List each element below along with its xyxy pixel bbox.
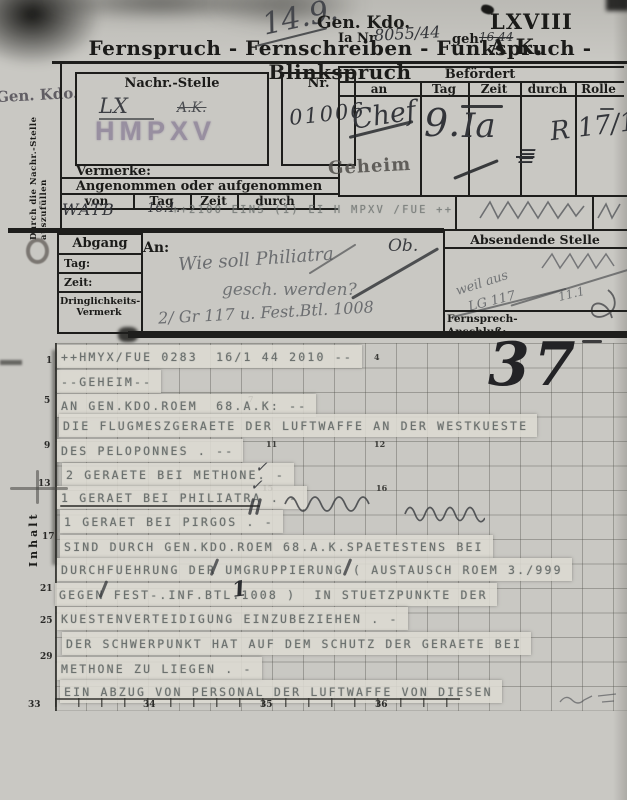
befoerdert-title: Befördert (338, 67, 622, 82)
befoerdert-rolle-value: R 17/1 (548, 107, 627, 147)
bottom-number: 35 (260, 700, 273, 710)
bottom-number: 33 (28, 700, 41, 710)
row-number: 5 (44, 396, 50, 406)
pencil-underline-philiatra (60, 505, 260, 507)
scan-dash-left-edge (0, 360, 22, 365)
befoerdert-durch-value: ≣ (516, 144, 534, 169)
signature-scribble (578, 288, 620, 324)
nachr-stelle-box: Nachr.-Stelle LX A.K. HMPXV (75, 72, 269, 166)
angenommen-von-value: WATB (62, 200, 115, 219)
checkmark-methone: ✓ (255, 458, 268, 476)
nachr-stelle-struck: A.K. (177, 100, 206, 116)
pencil-note-line3: 2/ Gr 117 u. Fest.Btl. 1008 (158, 297, 375, 327)
befoerdert-colhead-underline (338, 95, 624, 97)
telegram-line-text: KUESTENVERTEIDIGUNG EINZUBEZIEHEN . - (61, 612, 399, 626)
title-underline (52, 61, 627, 64)
befoerdert-col-zeit: Zeit (468, 82, 520, 96)
zeit-understroke (453, 159, 499, 180)
telegram-line-text: SIND DURCH GEN.KDO.ROEM 68.A.K.SPAETESTE… (64, 540, 484, 554)
telegram-line: DIE FLUGMESZGERAETE DER LUFTWAFFE AN DER… (59, 414, 537, 437)
befoerdert-v1 (420, 81, 422, 195)
nachr-stelle-label: Nachr.-Stelle (77, 76, 267, 91)
pencil-cross-h (10, 487, 68, 490)
telegram-line: ++HMYX/FUE 0283 16/1 44 2010 -- (57, 345, 362, 368)
telegram-line-text: EIN ABZUG VON PERSONAL DER LUFTWAFFE VON… (64, 685, 493, 699)
scanned-telegram-form: 14.9. Gen. Kdo. LXVIII A.K. Ia Nr 8055/4… (0, 0, 627, 800)
abgang-zeit-label: Zeit: (64, 276, 92, 289)
abgang-l2 (57, 272, 143, 274)
an-label: An: (143, 240, 169, 256)
telegram-line: --GEHEIM-- (57, 370, 161, 393)
abgang-box: Abgang Tag: Zeit: Dringlichkeits-Vermerk (57, 233, 143, 334)
befoerdert-col-an: an (338, 82, 420, 96)
befoerdert-tag-value: 9. (424, 101, 460, 145)
telegram-line: METHONE ZU LIEGEN . - (57, 657, 262, 680)
ink-blot (26, 238, 49, 264)
divider-1-thin (444, 229, 627, 231)
page-number-mark: 37 (488, 330, 580, 400)
rolle-dash (600, 108, 614, 110)
bottom-number: 34 (143, 700, 156, 710)
page-number-dash (582, 340, 602, 343)
telegram-line-text: --GEHEIM-- (61, 375, 152, 389)
angenommen-typed-line: ++2100 EINS (1) EI H MPXV /FUE ++ (172, 204, 453, 216)
pencil-note-line2: gesch. werden? (222, 280, 357, 300)
cell-number: 11 (266, 439, 277, 449)
row-number: 17 (42, 532, 55, 542)
checkmark-philiatra: ✓ (250, 476, 263, 494)
abgang-tag-label: Tag: (64, 257, 90, 270)
entry-v2 (592, 196, 594, 229)
bottom-tick-strip (55, 698, 460, 707)
pencil-scribble-xxxx (478, 198, 586, 224)
telegram-line: DURCHFUEHRUNG DER UMGRUPPIERUNG ( AUSTAU… (57, 558, 572, 581)
telegram-line-text: DES PELOPONNES . -- (61, 444, 234, 458)
abgang-l1 (57, 253, 143, 255)
telegram-line-text: DURCHFUEHRUNG DER UMGRUPPIERUNG ( AUSTAU… (61, 563, 563, 577)
row-number: 25 (40, 616, 53, 626)
befoerdert-col-tag: Tag (420, 82, 468, 96)
befoerdert-bottom-line (338, 195, 627, 197)
inhalt-label: Inhalt (27, 497, 40, 567)
telegram-line: KUESTENVERTEIDIGUNG EINZUBEZIEHEN . - (57, 607, 408, 630)
row-number: 29 (40, 652, 53, 662)
geheim-stamp: Geheim (328, 154, 412, 179)
telegram-line: DES PELOPONNES . -- (57, 439, 243, 462)
telegram-line-text: METHONE ZU LIEGEN . - (61, 662, 253, 676)
scan-smudge-top-band (35, 0, 285, 20)
befoerdert-col-rolle: Rolle (575, 82, 622, 96)
telegram-line-text: AN GEN.KDO.ROEM 68.A.K: -- (61, 399, 307, 413)
telegram-line: SIND DURCH GEN.KDO.ROEM 68.A.K.SPAETESTE… (60, 535, 493, 558)
telegram-line: GEGEN FEST-.INF.BTL.1008 ) IN STUETZPUNK… (55, 583, 497, 606)
pencil-scribble-absender (540, 250, 620, 272)
pencil-ok-mark: Ob. (388, 236, 418, 256)
cell-number: 12 (374, 439, 385, 449)
row-number: 9 (44, 441, 50, 451)
telegram-line-text: 1 GERAET BEI PIRGOS . - (64, 515, 274, 529)
row-number: 21 (40, 584, 53, 594)
abgang-dringlichkeit-label: Dringlichkeits-Vermerk (60, 296, 138, 319)
pencil-scribble-x2 (596, 200, 624, 224)
absender-title: Absendende Stelle (445, 232, 625, 247)
pencil-wave-1 (283, 490, 378, 516)
abgang-l3 (57, 291, 143, 293)
bottom-number: 36 (375, 700, 388, 710)
angenommen-cv1 (133, 193, 135, 208)
telegram-line-text: DIE FLUGMESZGERAETE DER LUFTWAFFE AN DER… (63, 419, 528, 433)
telegram-line-text: GEGEN FEST-.INF.BTL.1008 ) IN STUETZPUNK… (59, 588, 488, 602)
telegram-line-text: ++HMYX/FUE 0283 16/1 44 2010 -- (61, 350, 353, 364)
telegram-line-text: DER SCHWERPUNKT HAT AUF DEM SCHUTZ DER G… (66, 637, 522, 651)
pencil-wave-2 (403, 500, 485, 526)
margin-fill-instruction: Durch die Nachr.-Stelle auszufüllen (29, 60, 49, 240)
fernsprech-topline (443, 310, 627, 312)
telegram-line: DER SCHWERPUNKT HAT AUF DEM SCHUTZ DER G… (62, 632, 531, 655)
befoerdert-zeit-value: Ia (462, 106, 496, 146)
row-number: 1 (46, 356, 52, 366)
entry-v1 (455, 196, 457, 229)
angenommen-title: Angenommen oder aufgenommen (60, 179, 338, 194)
zeit-overbar (461, 105, 503, 108)
hmpxv-stamp: HMPXV (95, 116, 216, 147)
befoerdert-v3 (520, 81, 522, 195)
pencil-scribble-bottom-right (558, 690, 620, 708)
abgang-title: Abgang (59, 236, 141, 251)
cell-number: 4 (374, 352, 380, 362)
befoerdert-col-durch: durch (520, 82, 575, 96)
absender-title-underline (443, 247, 627, 249)
